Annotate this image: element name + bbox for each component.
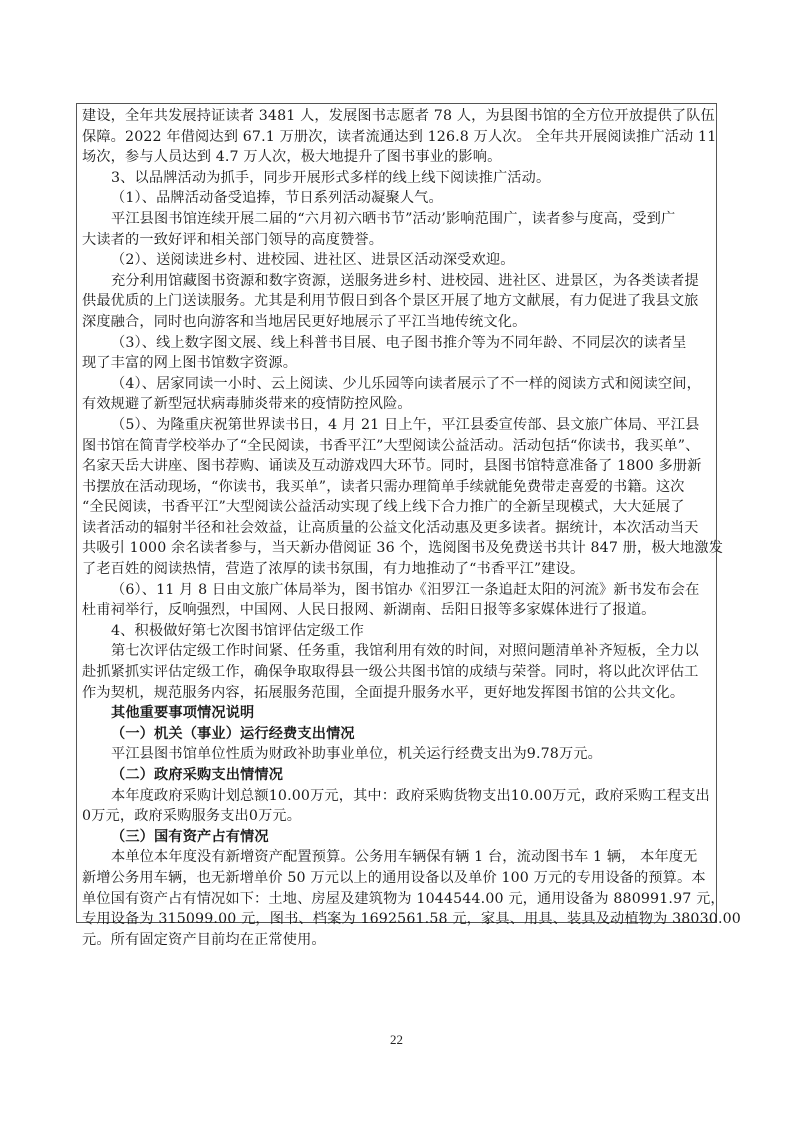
text-line: 图书馆在简青学校举办了“全民阅读，书香平江”大型阅读公益活动。活动包括“你读书，…: [82, 436, 714, 457]
text-line: 新增公务用车辆，也无新增单价 50 万元以上的通用设备以及单价 100 万元的专…: [82, 868, 714, 889]
section-heading: 其他重要事项情况说明: [82, 703, 714, 724]
text-line: 了老百姓的阅读热情，营造了浓厚的读书氛围，有力地推动了“书香平江”建设。: [82, 559, 714, 580]
text-line: 4、积极做好第七次图书馆评估定级工作: [82, 621, 714, 642]
text-line: 有效规避了新型冠状病毒肺炎带来的疫情防控风险。: [82, 394, 714, 415]
text-line: 大读者的一致好评和相关部门领导的高度赞誉。: [82, 230, 714, 251]
text-line: （4）、居家同读一小时、云上阅读、少儿乐园等向读者展示了不一样的阅读方式和阅读空…: [82, 374, 714, 395]
text-line: （2）、送阅读进乡村、进校园、进社区、进景区活动深受欢迎。: [82, 250, 714, 271]
page-number: 22: [0, 1032, 793, 1048]
text-line: （3）、线上数字图文展、线上科普书目展、电子图书推介等为不同年龄、不同层次的读者…: [82, 333, 714, 354]
text-line: 书摆放在活动现场，“你读书，我买单”，读者只需办理简单手续就能免费带走喜爱的书籍…: [82, 477, 714, 498]
text-line: 充分利用馆藏图书资源和数字资源，送服务进乡村、进校园、进社区、进景区，为各类读者…: [82, 271, 714, 292]
text-line: 杜甫祠举行，反响强烈，中国网、人民日报网、新湖南、岳阳日报等多家媒体进行了报道。: [82, 600, 714, 621]
text-line: 平江县图书馆连续开展二届的“六月初六晒书节”活动’影响范围广，读者参与度高，受到…: [82, 209, 714, 230]
text-line: 作为契机，规范服务内容，拓展服务范围，全面提升服务水平，更好地发挥图书馆的公共文…: [82, 683, 714, 704]
section-heading: （三）国有资产占有情况: [82, 827, 714, 848]
section-heading: （二）政府采购支出情情况: [82, 765, 714, 786]
text-line: 场次，参与人员达到 4.7 万人次，极大地提升了图书事业的影响。: [82, 147, 714, 168]
text-line: 平江县图书馆单位性质为财政补助事业单位，机关运行经费支出为9.78万元。: [82, 744, 714, 765]
text-line: 读者活动的辐射半径和社会效益，让高质量的公益文化活动惠及更多读者。据统计，本次活…: [82, 518, 714, 539]
text-line: 专用设备为 315099.00 元，图书、档案为 1692561.58 元，家具…: [82, 909, 714, 930]
text-line: （5）、为隆重庆祝第世界读书日，4 月 21 日上午，平江县委宣传部、县文旅广体…: [82, 415, 714, 436]
text-line: 保障。2022 年借阅达到 67.1 万册次，读者流通达到 126.8 万人次。…: [82, 127, 714, 148]
text-line: 供最优质的上门送读服务。尤其是利用节假日到各个景区开展了地方文献展，有力促进了我…: [82, 291, 714, 312]
text-line: 元。所有固定资产目前均在正常使用。: [82, 930, 714, 951]
document-body: 建设，全年共发展持证读者 3481 人，发展图书志愿者 78 人，为县图书馆的全…: [82, 106, 714, 950]
text-line: 共吸引 1000 余名读者参与，当天新办借阅证 36 个，选阅图书及免费送书共计…: [82, 538, 714, 559]
text-line: 0万元，政府采购服务支出0万元。: [82, 806, 714, 827]
text-line: 本单位本年度没有新增资产配置预算。公务用车辆保有辆 1 台，流动图书车 1 辆，…: [82, 847, 714, 868]
section-heading: （一）机关（事业）运行经费支出情况: [82, 724, 714, 745]
text-line: “全民阅读，书香平江”大型阅读公益活动实现了线上线下合力推广的全新呈现模式，大大…: [82, 497, 714, 518]
text-line: 建设，全年共发展持证读者 3481 人，发展图书志愿者 78 人，为县图书馆的全…: [82, 106, 714, 127]
text-line: 赴抓紧抓实评估定级工作，确保争取取得县一级公共图书馆的成绩与荣誉。同时，将以此次…: [82, 662, 714, 683]
text-line: 名家天岳大讲座、图书荐购、诵读及互动游戏四大环节。同时，县图书馆特意准备了 18…: [82, 456, 714, 477]
text-line: 3、以品牌活动为抓手，同步开展形式多样的线上线下阅读推广活动。: [82, 168, 714, 189]
text-line: 单位国有资产占有情况如下：土地、房屋及建筑物为 1044544.00 元，通用设…: [82, 889, 714, 910]
text-line: （6）、11 月 8 日由文旅广体局举为，图书馆办《汨罗江一条追赶太阳的河流》新…: [82, 580, 714, 601]
text-line: （1）、品牌活动备受追捧，节日系列活动凝聚人气。: [82, 188, 714, 209]
text-line: 第七次评估定级工作时间紧、任务重，我馆利用有效的时间，对照问题清单补齐短板，全力…: [82, 641, 714, 662]
text-line: 深度融合，同时也向游客和当地居民更好地展示了平江当地传统文化。: [82, 312, 714, 333]
text-line: 现了丰富的网上图书馆数字资源。: [82, 353, 714, 374]
text-line: 本年度政府采购计划总额10.00万元，其中：政府采购货物支出10.00万元，政府…: [82, 786, 714, 807]
